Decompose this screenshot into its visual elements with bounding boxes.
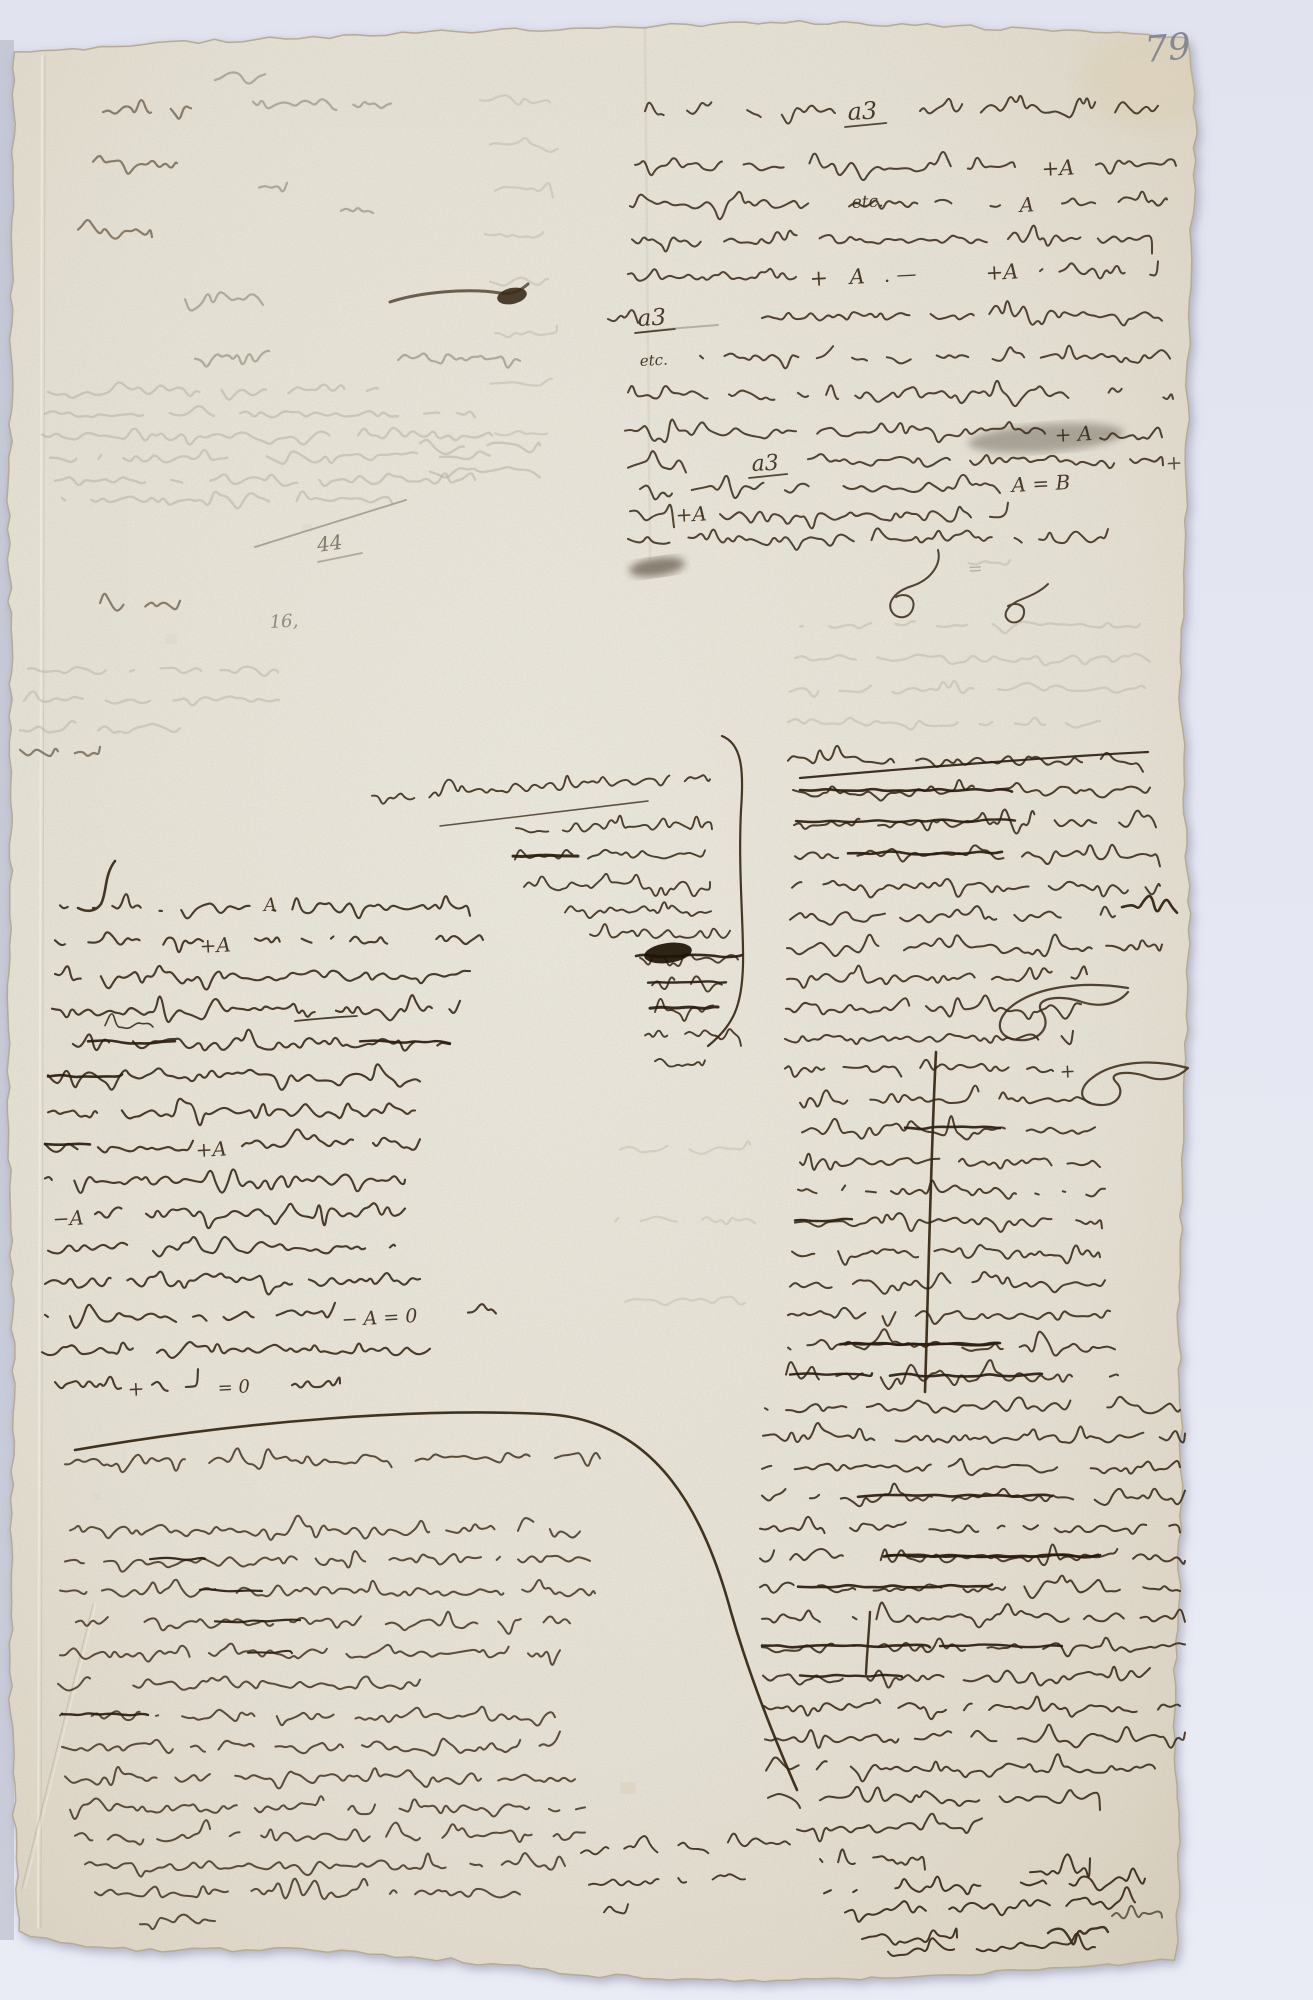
- paper-stain: [92, 1493, 100, 1499]
- ink-symbol: . —: [883, 261, 917, 287]
- ink-symbol: A = B: [1009, 470, 1071, 497]
- ink-symbol: =: [967, 558, 983, 580]
- ink-symbol: +: [809, 266, 829, 292]
- ink-symbol: 16,: [269, 611, 299, 633]
- strikethrough: [513, 855, 578, 856]
- ink-symbol: +: [1059, 1060, 1076, 1083]
- page-number: 79: [1143, 26, 1192, 71]
- ink-symbol: = 0: [217, 1376, 250, 1399]
- ink-symbol: a3: [847, 96, 878, 126]
- ink-symbol: a3: [637, 305, 667, 332]
- strikethrough: [648, 981, 726, 982]
- ink-symbol: a3: [751, 451, 779, 477]
- manuscript-scan-page: a3etc.+AA+A. —+Aa3etc.+ Aa3A = B+A=+A+A+…: [0, 0, 1313, 2000]
- ink-symbol: +A: [1041, 155, 1075, 181]
- strikethrough: [62, 1713, 148, 1715]
- strikethrough: [650, 1007, 718, 1008]
- paper-stain: [622, 1783, 634, 1793]
- ink-symbol: 44: [314, 530, 344, 557]
- ink-symbol: + A: [1054, 421, 1093, 447]
- ink-symbol: +A: [195, 1136, 227, 1162]
- ink-symbol: − A = 0: [341, 1305, 418, 1331]
- paper-stain: [166, 635, 176, 643]
- ink-symbol: A: [261, 894, 277, 916]
- ink-symbol: etc.: [639, 351, 668, 370]
- ink-symbol: A: [1017, 192, 1035, 217]
- ink-symbol: A: [847, 264, 865, 289]
- ink-symbol: +A: [675, 501, 707, 527]
- ink-symbol: +: [1165, 450, 1183, 475]
- strikethrough: [45, 1144, 90, 1145]
- ink-symbol: +A: [985, 259, 1019, 285]
- manuscript-scan: a3etc.+AA+A. —+Aa3etc.+ Aa3A = B+A=+A+A+…: [0, 0, 1313, 2000]
- ink-symbol: etc.: [851, 191, 884, 213]
- ink-symbol: +: [127, 1376, 145, 1401]
- ink-symbol: −A: [52, 1205, 84, 1231]
- ink-symbol: +A: [199, 932, 231, 958]
